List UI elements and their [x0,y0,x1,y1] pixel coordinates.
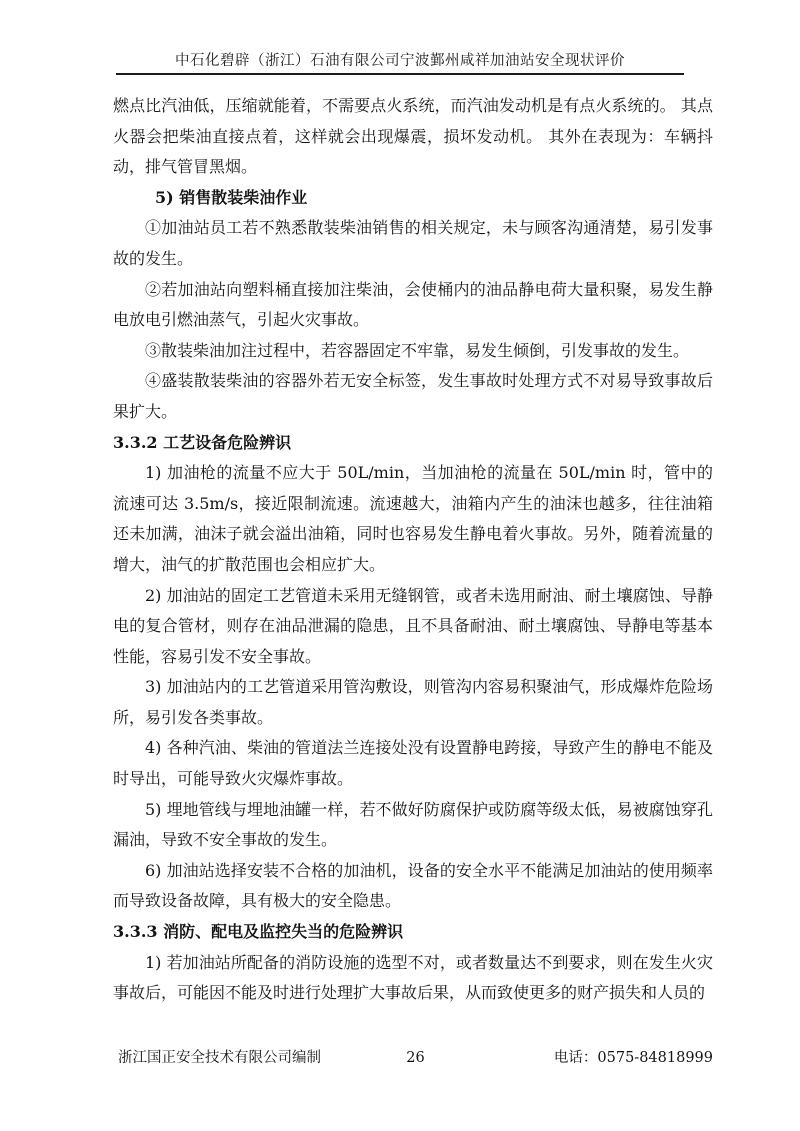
paragraph-circled-3: ③散装柴油加注过程中，若容器固定不牢靠，易发生倾倒，引发事故的发生。 [113,336,713,367]
page-footer: 浙江国正安全技术有限公司编制 26 电话：0575-84818999 [118,1046,713,1067]
paragraph-3-3-2-item-3: 3) 加油站内的工艺管道采用管沟敷设，则管沟内容易积聚油气，形成爆炸危险场所，易… [113,672,713,733]
page-header-title: 中石化碧辟（浙江）石油有限公司宁波鄞州咸祥加油站安全现状评价 [100,49,700,70]
heading-3-3-2: 3.3.2 工艺设备危险辨识 [113,428,713,459]
paragraph-3-3-2-item-1: 1) 加油枪的流量不应大于 50L/min，当加油枪的流量在 50L/min 时… [113,458,713,580]
paragraph-circled-2: ②若加油站向塑料桶直接加注柴油，会使桶内的油品静电荷大量积聚，易发生静电放电引燃… [113,275,713,336]
paragraph-circled-4: ④盛装散装柴油的容器外若无安全标签，发生事故时处理方式不对易导致事故后果扩大。 [113,366,713,427]
paragraph-3-3-3-item-1: 1) 若加油站所配备的消防设施的选型不对，或者数量达不到要求，则在发生火灾事故后… [113,948,713,1009]
document-page: 中石化碧辟（浙江）石油有限公司宁波鄞州咸祥加油站安全现状评价 燃点比汽油低，压缩… [0,0,800,1131]
header-divider [116,73,684,75]
document-body: 燃点比汽油低，压缩就能着，不需要点火系统，而汽油发动机是有点火系统的。 其点火器… [113,91,713,1009]
paragraph-3-3-2-item-6: 6) 加油站选择安装不合格的加油机，设备的安全水平不能满足加油站的使用频率而导致… [113,856,713,917]
footer-company: 浙江国正安全技术有限公司编制 [118,1046,406,1067]
heading-item-5-bulk-diesel: 5) 销售散装柴油作业 [113,183,713,214]
heading-3-3-3: 3.3.3 消防、配电及监控失当的危险辨识 [113,917,713,948]
paragraph-3-3-2-item-4: 4) 各种汽油、柴油的管道法兰连接处没有设置静电跨接，导致产生的静电不能及时导出… [113,733,713,794]
paragraph-circled-1: ①加油站员工若不熟悉散装柴油销售的相关规定，未与顾客沟通清楚，易引发事故的发生。 [113,213,713,274]
footer-page-number: 26 [406,1050,424,1066]
footer-phone: 电话：0575-84818999 [425,1046,713,1067]
paragraph-3-3-2-item-5: 5) 埋地管线与埋地油罐一样，若不做好防腐保护或防腐等级太低，易被腐蚀穿孔漏油，… [113,795,713,856]
paragraph-diesel-ignition: 燃点比汽油低，压缩就能着，不需要点火系统，而汽油发动机是有点火系统的。 其点火器… [113,91,713,183]
paragraph-3-3-2-item-2: 2) 加油站的固定工艺管道未采用无缝钢管，或者未选用耐油、耐土壤腐蚀、导静电的复… [113,581,713,673]
